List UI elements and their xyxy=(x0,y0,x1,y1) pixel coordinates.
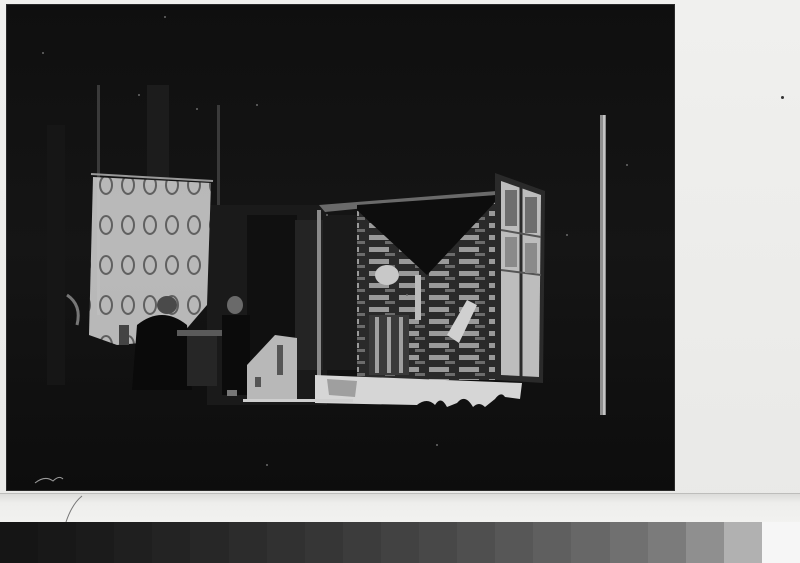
calibration-patch xyxy=(495,522,533,563)
calibration-patch xyxy=(38,522,76,563)
dust-speck xyxy=(781,96,784,99)
calibration-patch xyxy=(190,522,228,563)
calibration-patch xyxy=(76,522,114,563)
calibration-patch xyxy=(533,522,571,563)
stage-scene xyxy=(7,5,674,490)
calibration-patch xyxy=(762,522,800,563)
interior-room xyxy=(317,191,497,380)
pencil-mark xyxy=(64,494,84,524)
calibration-patch xyxy=(457,522,495,563)
calibration-patch xyxy=(0,522,38,563)
calibration-patch xyxy=(229,522,267,563)
calibration-patch xyxy=(648,522,686,563)
glazed-double-doors xyxy=(495,173,545,383)
calibration-patch xyxy=(343,522,381,563)
calibration-patch xyxy=(114,522,152,563)
calibration-patch xyxy=(267,522,305,563)
calibration-patch xyxy=(610,522,648,563)
calibration-patch xyxy=(152,522,190,563)
calibration-patch xyxy=(305,522,343,563)
calibration-patch xyxy=(381,522,419,563)
calibration-patch xyxy=(571,522,609,563)
mount-bottom-edge xyxy=(0,493,800,524)
grayscale-calibration-strip xyxy=(0,522,800,563)
stage-photograph xyxy=(7,5,674,490)
calibration-patch xyxy=(686,522,724,563)
calibration-patch xyxy=(419,522,457,563)
calibration-patch xyxy=(724,522,762,563)
